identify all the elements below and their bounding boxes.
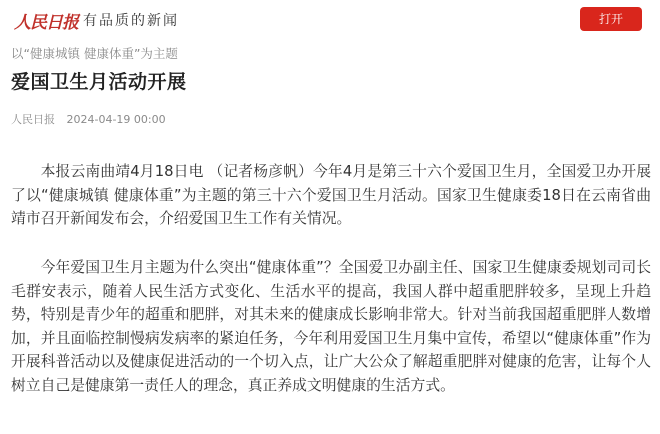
- article-paragraph: 本报云南曲靖4月18日电 （记者杨彦帆）今年4月是第三十六个爱国卫生月，全国爱卫…: [11, 160, 651, 231]
- article-title: 爱国卫生月活动开展: [11, 67, 187, 94]
- peoples-daily-logo: 人民日报: [14, 8, 78, 33]
- article-subtitle: 以“健康城镇 健康体重”为主题: [11, 44, 178, 62]
- slogan: 有品质的新闻: [83, 10, 179, 30]
- article-timestamp: 2024-04-19 00:00: [67, 113, 166, 126]
- article-meta: 人民日报 2024-04-19 00:00: [11, 111, 166, 127]
- article-paragraph: 今年爱国卫生月主题为什么突出“健康体重”？全国爱卫办副主任、国家卫生健康委规划司…: [11, 256, 651, 397]
- top-banner: 人民日报 有品质的新闻 打开: [0, 0, 660, 38]
- article-source: 人民日报: [11, 113, 55, 126]
- open-app-button[interactable]: 打开: [580, 7, 642, 31]
